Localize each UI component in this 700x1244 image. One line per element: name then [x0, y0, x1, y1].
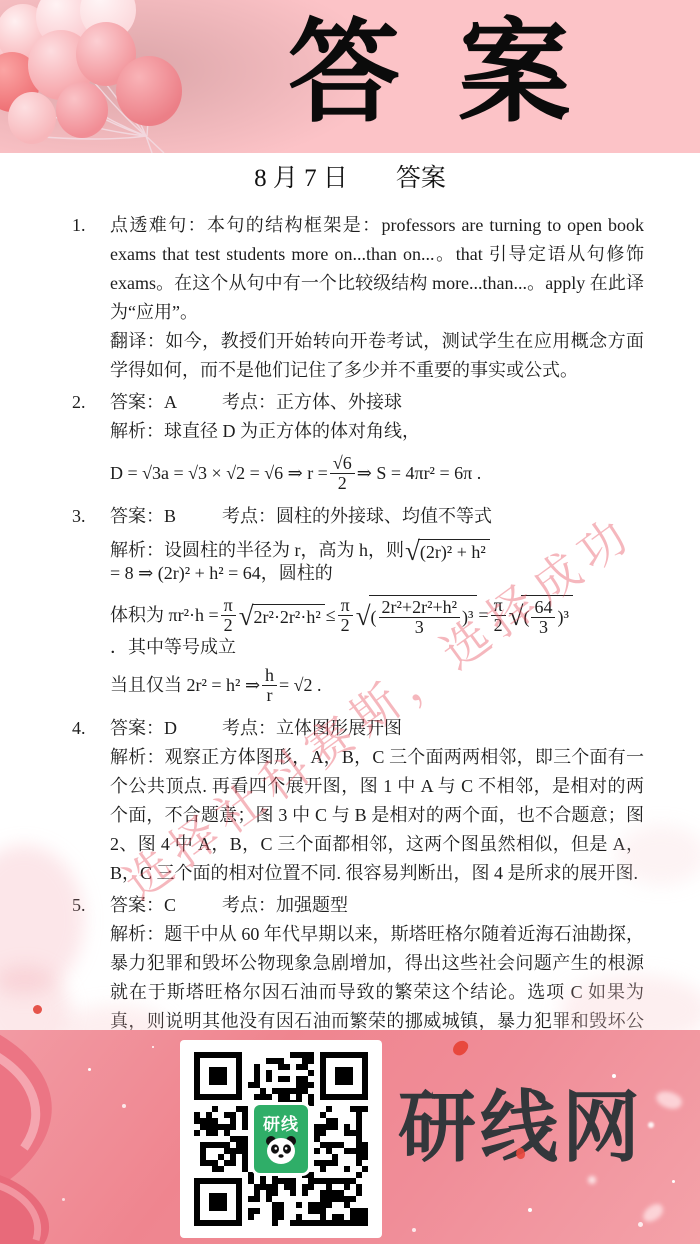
answer-item-2: 2. 答案：A 考点：正方体、外接球 解析：球直径 D 为正方体的体对角线， D… — [72, 388, 644, 499]
item-number: 3. — [72, 502, 110, 711]
qr-logo-label: 研线 — [263, 1110, 299, 1135]
topic-label: 考点：加强题型 — [222, 891, 348, 920]
item-number: 5. — [72, 891, 110, 1030]
translation-paragraph: 翻译：如今，教授们开始转向开卷考试，测试学生在应用概念方面学得如何，而不是他们记… — [110, 327, 644, 385]
sparkle — [672, 1180, 675, 1183]
topic-label: 考点：圆柱的外接球、均值不等式 — [222, 502, 492, 531]
petal — [640, 1201, 666, 1224]
answer-item-4: 4. 答案：D 考点：立体图形展开图 解析：观察正方体图形，A，B，C 三个面两… — [72, 714, 644, 888]
qr-card: 研线 — [180, 1040, 382, 1238]
sparkle — [612, 1074, 616, 1078]
sparkle — [638, 1222, 643, 1227]
item-number: 1. — [72, 211, 110, 385]
answer-label: 答案：B — [110, 502, 222, 531]
item-number: 2. — [72, 388, 110, 499]
analysis-paragraph: 解析：题干中从 60 年代早期以来，斯塔旺格尔随着近海石油勘探，暴力犯罪和毁坏公… — [110, 920, 644, 1030]
volume-formula: 体积为 πr²·h = π2√2r²·2r²·h² ≤ π2√( 2r²+2r²… — [110, 595, 644, 658]
qr-center-logo: 研线 — [251, 1102, 311, 1176]
analysis-paragraph: 解析：观察正方体图形，A，B，C 三个面两两相邻，即三个面有一个公共顶点. 再看… — [110, 743, 644, 888]
answer-item-1: 1. 点透难句：本句的结构框架是：professors are turning … — [72, 211, 644, 385]
math-formula: D = √3a = √3 × √2 = √6 ⇒ r = √62 ⇒ S = 4… — [110, 454, 644, 493]
analysis-math-line: 解析：设圆柱的半径为 r，高为 h，则 √(2r)² + h² = 8 ⇒ (2… — [110, 539, 644, 585]
footer-banner: 研线 研线网 — [0, 1030, 700, 1244]
answer-item-5: 5. 答案：C 考点：加强题型 解析：题干中从 60 年代早期以来，斯塔旺格尔随… — [72, 891, 644, 1030]
ribbon-decoration — [0, 1030, 130, 1244]
panda-icon — [264, 1135, 298, 1165]
date-line: 8 月 7 日 答案 — [0, 158, 700, 194]
item-number: 4. — [72, 714, 110, 888]
red-speck — [33, 1005, 42, 1014]
answers-list: 1. 点透难句：本句的结构框架是：professors are turning … — [0, 205, 700, 1030]
topic-label: 考点：正方体、外接球 — [222, 388, 402, 417]
answer-label: 答案：D — [110, 714, 222, 743]
page-title: 答案 — [288, 8, 688, 140]
answer-item-3: 3. 答案：B 考点：圆柱的外接球、均值不等式 解析：设圆柱的半径为 r，高为 … — [72, 502, 644, 711]
date-text: 8 月 7 日 — [254, 158, 348, 194]
difficult-sentence-analysis: 点透难句：本句的结构框架是：professors are turning to … — [110, 211, 644, 327]
brand-title: 研线网 — [398, 1088, 688, 1166]
date-label: 答案 — [396, 158, 446, 194]
answer-sheet-page: 答案 8 月 7 日 答案 1. 点透难句：本句的结构框架是：professor… — [0, 0, 700, 1244]
equality-condition: 当且仅当 2r² = h² ⇒ hr = √2 . — [110, 666, 644, 705]
petal — [451, 1038, 471, 1059]
answers-body: 1. 点透难句：本句的结构框架是：professors are turning … — [0, 205, 700, 1030]
sparkle — [152, 1046, 154, 1048]
qr-code: 研线 — [194, 1052, 368, 1226]
sparkle — [588, 1176, 596, 1184]
topic-label: 考点：立体图形展开图 — [222, 714, 402, 743]
header-banner: 答案 — [0, 0, 700, 153]
sparkle — [528, 1208, 532, 1212]
answer-label: 答案：C — [110, 891, 222, 920]
answer-label: 答案：A — [110, 388, 222, 417]
sparkle — [412, 1228, 416, 1232]
analysis-paragraph: 解析：球直径 D 为正方体的体对角线， — [110, 417, 644, 446]
